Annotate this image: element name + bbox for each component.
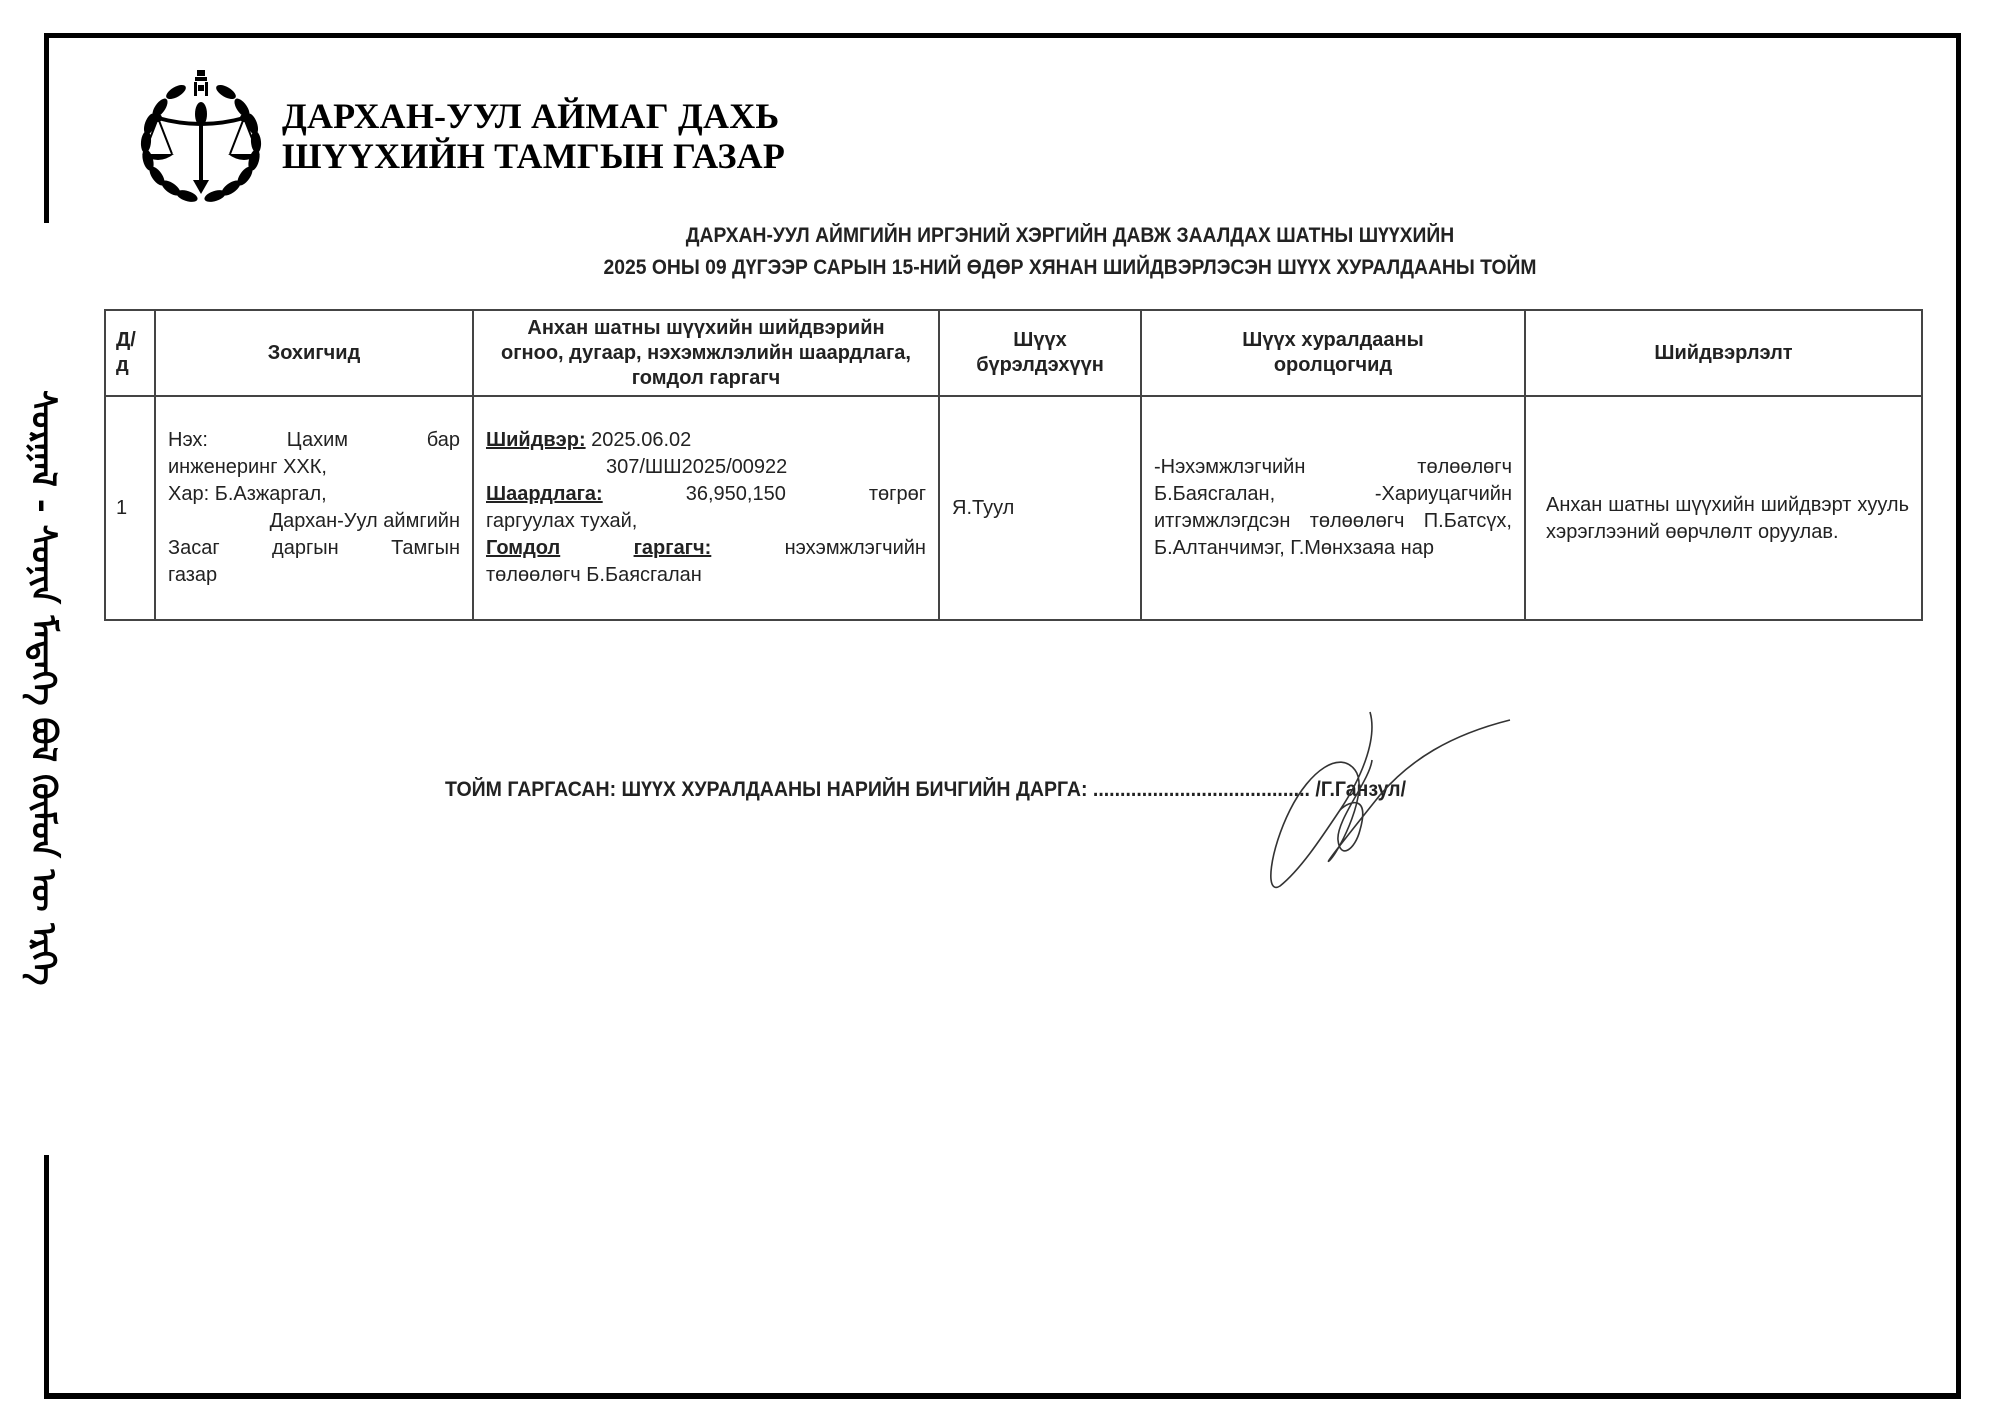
cell-participants: -Нэхэмжлэгчийн төлөөлөгч Б.Баясгалан, -Х… [1141,396,1525,620]
cell-number: 1 [105,396,155,620]
column-header-participants: Шүүх хуралдааны оролцогчид [1141,310,1525,396]
page-frame-left-upper [44,33,49,223]
vertical-mongolian-script: ᠰᠤᠷᠭᠠᠯ - ᠰᠣᠨᠢᠨ ᠮᠡᠳᠡᠭᠡ ᠪᠣᠯ ᠬᠦᠮᠦᠨ ᠦ ᠡᠷᠬᠡ [8,228,78,1148]
claim-amount: 36,950,150 [686,481,786,508]
decision-label: Шийдвэр: [486,429,586,451]
cell-parties: Нэх: Цахим бар инженеринг ХХК, Хар: Б.Аз… [155,396,473,620]
handwritten-signature-icon [1260,700,1520,900]
document-title-line1: ДАРХАН-УУЛ АЙМГИЙН ИРГЭНИЙ ХЭРГИЙН ДАВЖ … [362,220,1779,252]
document-title: ДАРХАН-УУЛ АЙМГИЙН ИРГЭНИЙ ХЭРГИЙН ДАВЖ … [362,220,1779,284]
court-emblem-icon [136,68,266,208]
page-frame-right [1956,33,1961,1398]
organization-name-line2: ШҮҮХИЙН ТАМГЫН ГАЗАР [282,136,785,176]
decision-number: 307/ШШ2025/00922 [486,454,926,481]
column-header-first-instance: Анхан шатны шүүхийн шийдвэрийн огноо, ду… [473,310,939,396]
appellant-name: төлөөлөгч Б.Баясгалан [486,562,926,589]
column-header-number: Д/ д [105,310,155,396]
column-header-composition: Шүүх бүрэлдэхүүн [939,310,1141,396]
mongolian-motto: ᠰᠤᠷᠭᠠᠯ - ᠰᠣᠨᠢᠨ ᠮᠡᠳᠡᠭᠡ ᠪᠣᠯ ᠬᠦᠮᠦᠨ ᠦ ᠡᠷᠬᠡ [13,390,73,986]
document-title-line2: 2025 ОНЫ 09 ДҮГЭЭР САРЫН 15-НИЙ ӨДӨР ХЯН… [362,252,1779,284]
column-header-parties: Зохигчид [155,310,473,396]
cell-composition: Я.Туул [939,396,1141,620]
decision-date: 2025.06.02 [591,429,691,451]
table-header-row: Д/ д Зохигчид Анхан шатны шүүхийн шийдвэ… [105,310,1922,396]
column-header-decision: Шийдвэрлэлт [1525,310,1922,396]
organization-name: ДАРХАН-УУЛ АЙМАГ ДАХЬ ШҮҮХИЙН ТАМГЫН ГАЗ… [282,96,785,176]
appellant-label: Гомдол [486,535,560,562]
cell-decision: Анхан шатны шүүхийн шийдвэрт хууль хэрэг… [1525,396,1922,620]
page-frame-left-lower [44,1155,49,1399]
prepared-by-label: ТОЙМ ГАРГАСАН: ШҮҮХ ХУРАЛДААНЫ НАРИЙН БИ… [445,778,1087,801]
cell-first-instance: Шийдвэр: 2025.06.02 307/ШШ2025/00922 Шаа… [473,396,939,620]
table-row: 1 Нэх: Цахим бар инженеринг ХХК, Хар: Б.… [105,396,1922,620]
organization-name-line1: ДАРХАН-УУЛ АЙМАГ ДАХЬ [282,96,785,136]
hearing-summary-table: Д/ д Зохигчид Анхан шатны шүүхийн шийдвэ… [104,309,1923,621]
page-frame-top [44,33,1961,38]
claim-label: Шаардлага: [486,481,603,508]
page-frame-bottom [44,1393,1961,1399]
